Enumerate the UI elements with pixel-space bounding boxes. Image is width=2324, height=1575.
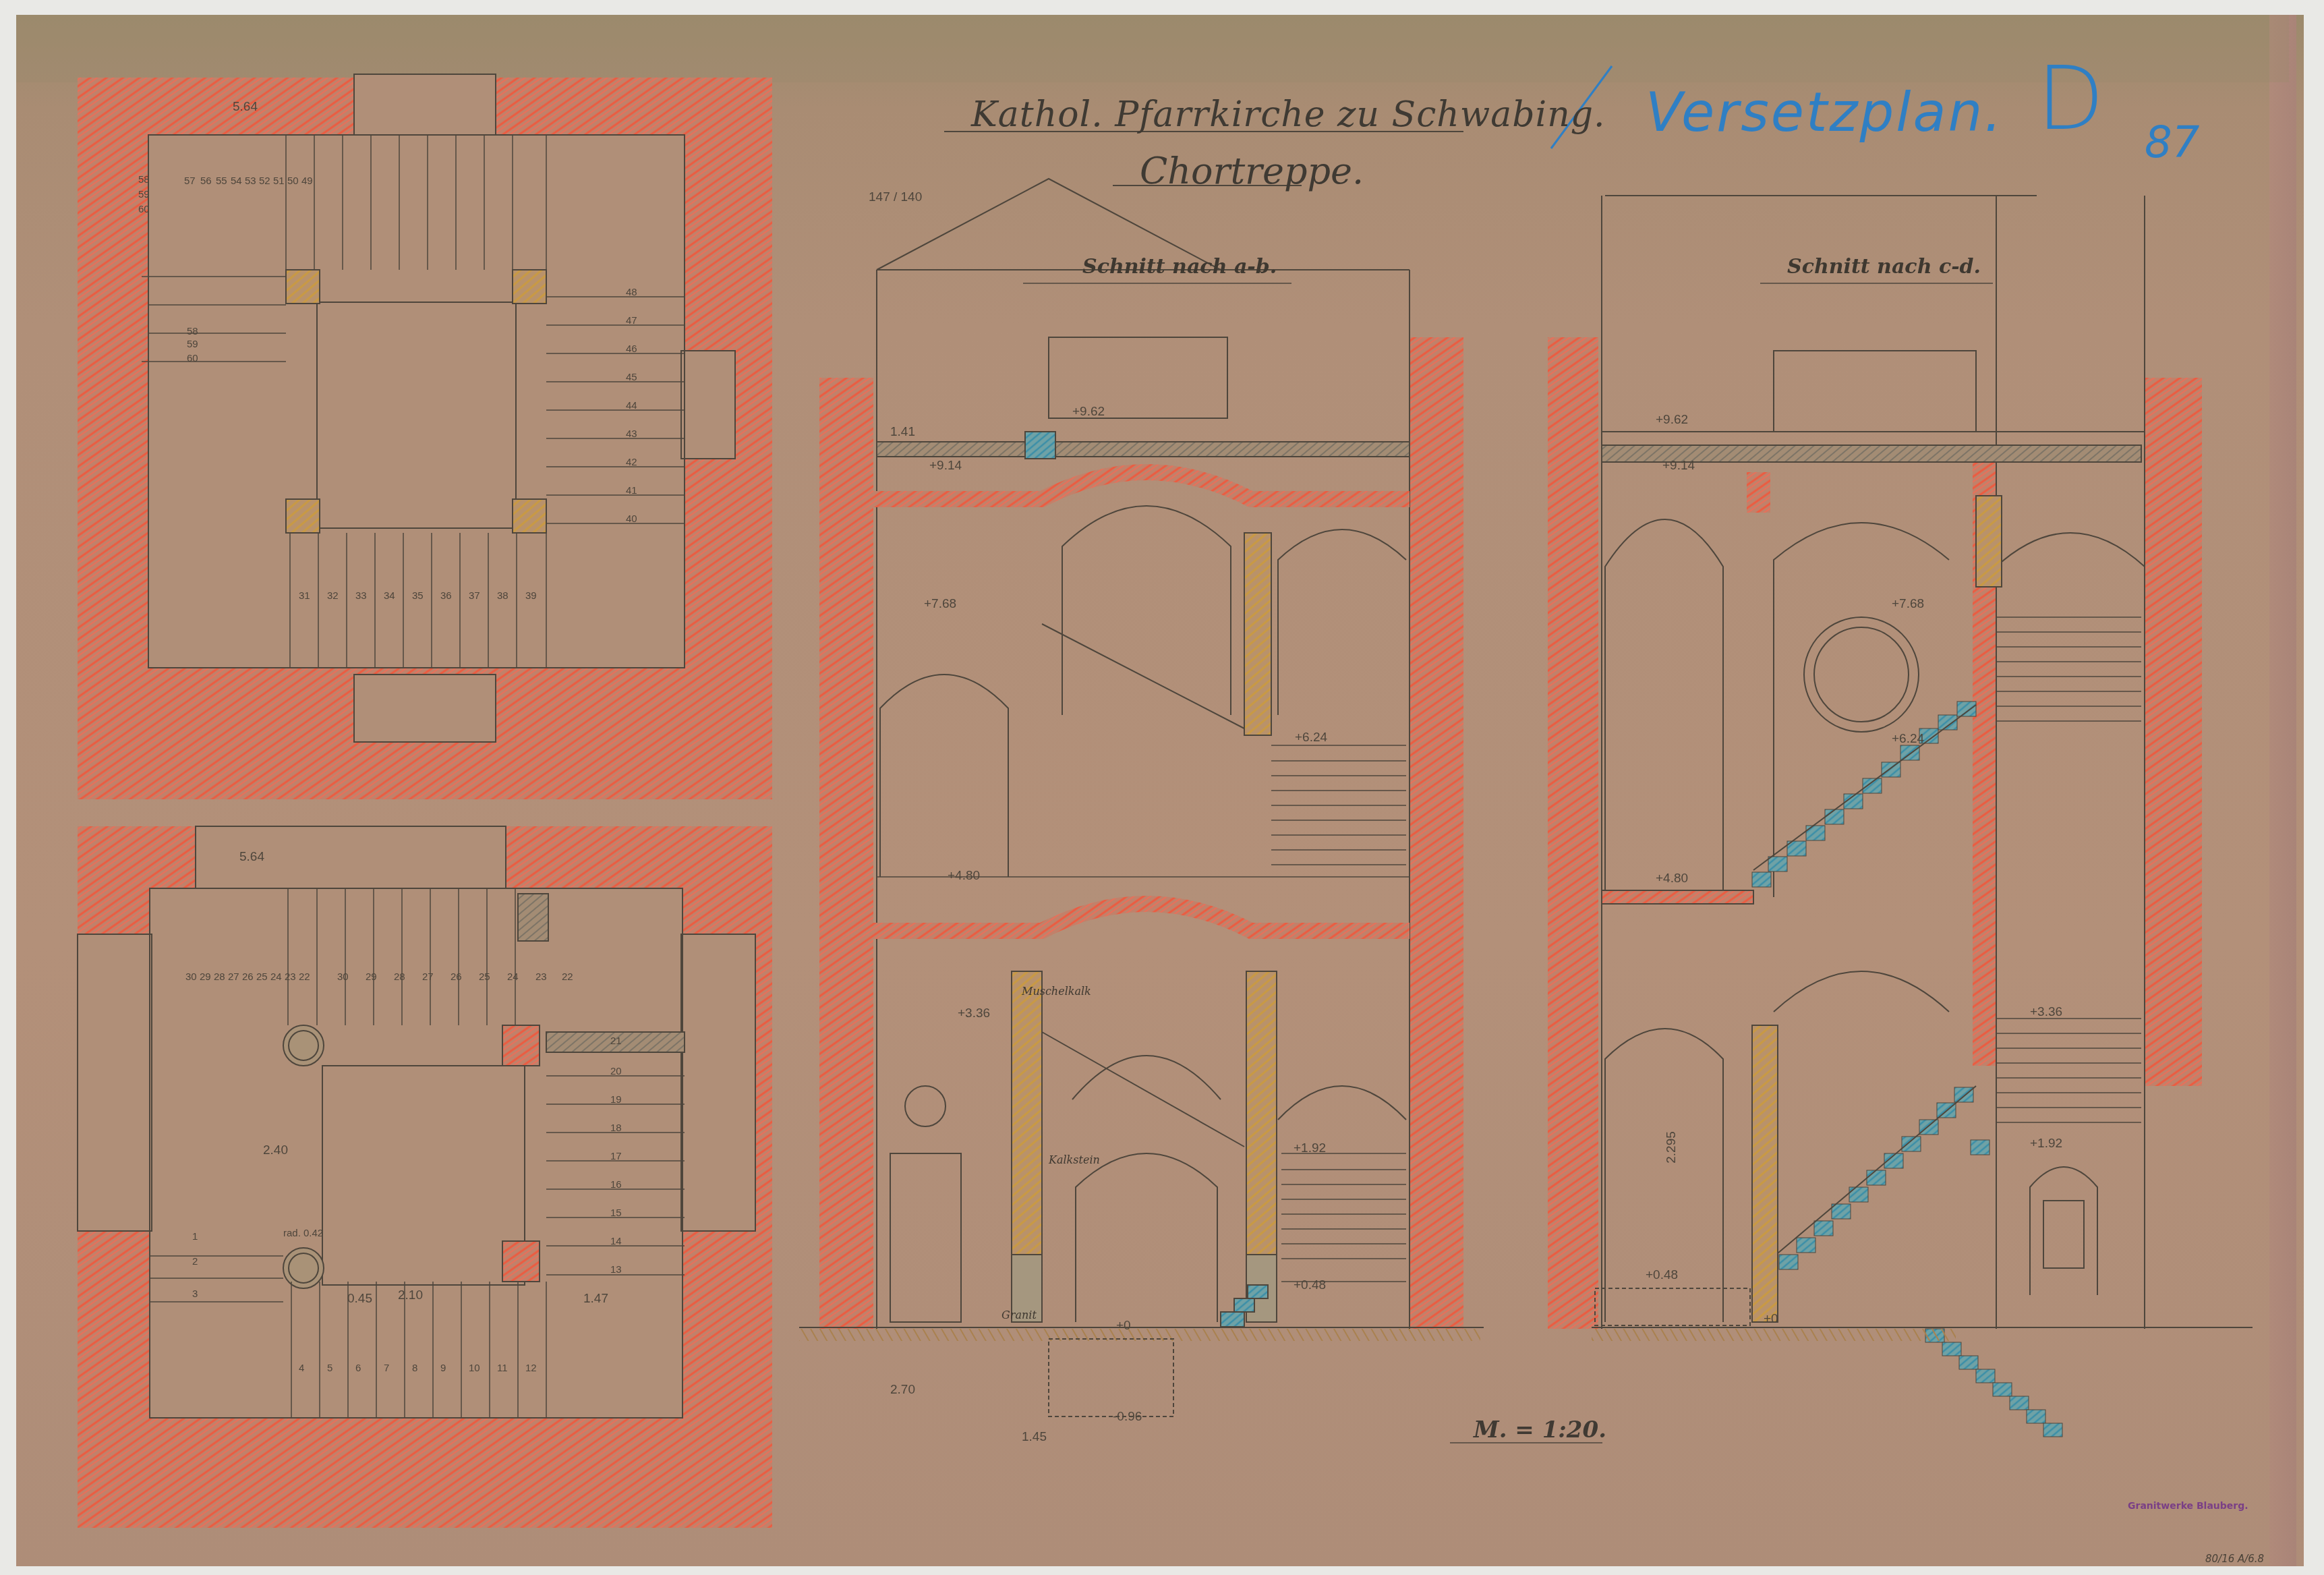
step-number: 47 — [626, 315, 637, 326]
step-number: 54 — [231, 175, 242, 187]
step-number: 37 — [469, 590, 480, 602]
plan-upper-dimension: 5.64 — [233, 100, 258, 115]
document-subtitle: Chortreppe. — [1140, 150, 1364, 192]
archive-number: 80/16 A/6.8 — [2205, 1553, 2264, 1565]
step-number: 59 — [138, 189, 150, 200]
dimension: 2.295 — [1664, 1131, 1679, 1164]
step-number: 28 — [214, 971, 225, 983]
step-number: 23 — [285, 971, 296, 983]
step-number: 35 — [412, 590, 424, 602]
step-number: 45 — [626, 372, 637, 383]
step-number: 6 — [355, 1363, 361, 1374]
step-number: 2 — [192, 1256, 198, 1267]
manufacturer-stamp: Granitwerke Blauberg. — [2128, 1501, 2248, 1512]
margin-note: 147 / 140 — [869, 190, 922, 205]
step-number: 21 — [610, 1035, 622, 1047]
dimension: 2.70 — [890, 1383, 915, 1398]
step-number: 26 — [242, 971, 254, 983]
plan-lower-dim: 1.47 — [583, 1292, 608, 1307]
level-mark: +4.80 — [1656, 871, 1688, 886]
step-number: 49 — [301, 175, 313, 187]
step-number: 12 — [525, 1363, 537, 1374]
step-number: 55 — [216, 175, 227, 187]
step-number: 9 — [440, 1363, 446, 1374]
section-ab-label: Schnitt nach a-b. — [1082, 255, 1277, 279]
step-number: 22 — [299, 971, 310, 983]
step-number: 27 — [422, 971, 434, 983]
step-number: 30 — [337, 971, 349, 983]
step-number: 32 — [327, 590, 339, 602]
step-number: 42 — [626, 457, 637, 468]
step-number: 24 — [270, 971, 282, 983]
level-mark: +3.36 — [2030, 1005, 2062, 1020]
step-number: 40 — [626, 513, 637, 525]
level-mark: +0.48 — [1646, 1268, 1678, 1283]
step-number: 14 — [610, 1236, 622, 1247]
step-number: 60 — [138, 204, 150, 215]
step-number: 52 — [259, 175, 270, 187]
step-number: 28 — [394, 971, 405, 983]
level-mark: +1.92 — [1294, 1141, 1326, 1156]
step-number: 58 — [187, 326, 198, 337]
step-number: 48 — [626, 287, 637, 298]
level-mark: +6.24 — [1295, 731, 1327, 745]
step-number: 27 — [228, 971, 239, 983]
step-number: 58 — [138, 174, 150, 185]
step-number: 1 — [192, 1231, 198, 1242]
step-number: 39 — [525, 590, 537, 602]
step-number: 56 — [200, 175, 212, 187]
plan-lower-dim: 2.40 — [263, 1143, 288, 1158]
architectural-drawing — [0, 0, 2324, 1575]
level-mark: +0 — [1764, 1312, 1778, 1327]
step-number: 33 — [355, 590, 367, 602]
document-title: Kathol. Pfarrkirche zu Schwabing. — [971, 94, 1606, 135]
step-number: 25 — [479, 971, 490, 983]
material-label: Kalkstein — [1049, 1153, 1100, 1166]
step-number: 59 — [187, 339, 198, 350]
step-number: 38 — [497, 590, 509, 602]
step-number: 11 — [497, 1363, 508, 1374]
step-number: 4 — [299, 1363, 304, 1374]
step-number: 18 — [610, 1122, 622, 1134]
step-number: 23 — [535, 971, 547, 983]
step-number: 34 — [384, 590, 395, 602]
step-number: 41 — [626, 485, 637, 496]
step-number: 16 — [610, 1179, 622, 1191]
step-number: 50 — [287, 175, 299, 187]
plan-lower-dim: 2.10 — [398, 1288, 423, 1303]
plan-tag: Versetzplan. — [1646, 81, 2004, 144]
level-mark: +7.68 — [924, 597, 956, 612]
step-number: 36 — [440, 590, 452, 602]
step-number: 5 — [327, 1363, 332, 1374]
level-mark: +9.62 — [1656, 413, 1688, 428]
step-number: 31 — [299, 590, 310, 602]
step-number: 53 — [245, 175, 256, 187]
step-number: 8 — [412, 1363, 417, 1374]
level-mark: +1.92 — [2030, 1137, 2062, 1151]
step-number: 7 — [384, 1363, 389, 1374]
step-number: 60 — [187, 353, 198, 364]
step-number: 30 — [185, 971, 197, 983]
section-cd-label: Schnitt nach c-d. — [1787, 255, 1981, 279]
step-number: 15 — [610, 1207, 622, 1219]
step-number: 46 — [626, 343, 637, 355]
step-number: 20 — [610, 1066, 622, 1077]
level-mark: +0.48 — [1294, 1278, 1326, 1293]
plan-upper — [78, 74, 772, 799]
scale-label: M. = 1:20. — [1474, 1416, 1606, 1443]
level-mark: +4.80 — [948, 869, 980, 884]
step-number: 3 — [192, 1288, 198, 1300]
step-number: 51 — [273, 175, 285, 187]
step-number: 24 — [507, 971, 519, 983]
step-number: 57 — [184, 175, 196, 187]
plan-lower-dim: 0.45 — [347, 1292, 372, 1307]
step-number: 43 — [626, 428, 637, 440]
step-number: 22 — [562, 971, 573, 983]
step-number: 26 — [451, 971, 462, 983]
step-number: 13 — [610, 1264, 622, 1276]
level-mark: +7.68 — [1892, 597, 1924, 612]
material-label: Muschelkalk — [1022, 985, 1091, 998]
step-number: 25 — [256, 971, 268, 983]
step-number: 44 — [626, 400, 637, 411]
dimension: 1.45 — [1022, 1430, 1047, 1445]
step-number: 19 — [610, 1094, 622, 1106]
level-mark: +3.36 — [958, 1006, 990, 1021]
level-mark: -0.96 — [1113, 1410, 1142, 1425]
plan-lower-dimension: 5.64 — [239, 850, 264, 865]
plan-number: 87 — [2145, 118, 2199, 168]
level-mark: +0 — [1116, 1319, 1131, 1334]
plan-lower — [78, 826, 772, 1528]
step-number: 10 — [469, 1363, 480, 1374]
section-ab — [799, 179, 1484, 1416]
step-number: 29 — [366, 971, 377, 983]
level-mark: +9.62 — [1072, 405, 1105, 420]
dimension: 1.41 — [890, 425, 915, 440]
plan-lower-note: rad. 0.42 — [283, 1228, 323, 1239]
step-number: 29 — [200, 971, 211, 983]
level-mark: +9.14 — [1662, 459, 1695, 474]
level-mark: +6.24 — [1892, 732, 1924, 747]
level-mark: +9.14 — [929, 459, 962, 474]
section-cd — [1548, 196, 2253, 1437]
step-number: 17 — [610, 1151, 622, 1162]
material-label: Granit — [1001, 1309, 1037, 1321]
plan-letter: D — [2037, 47, 2104, 150]
